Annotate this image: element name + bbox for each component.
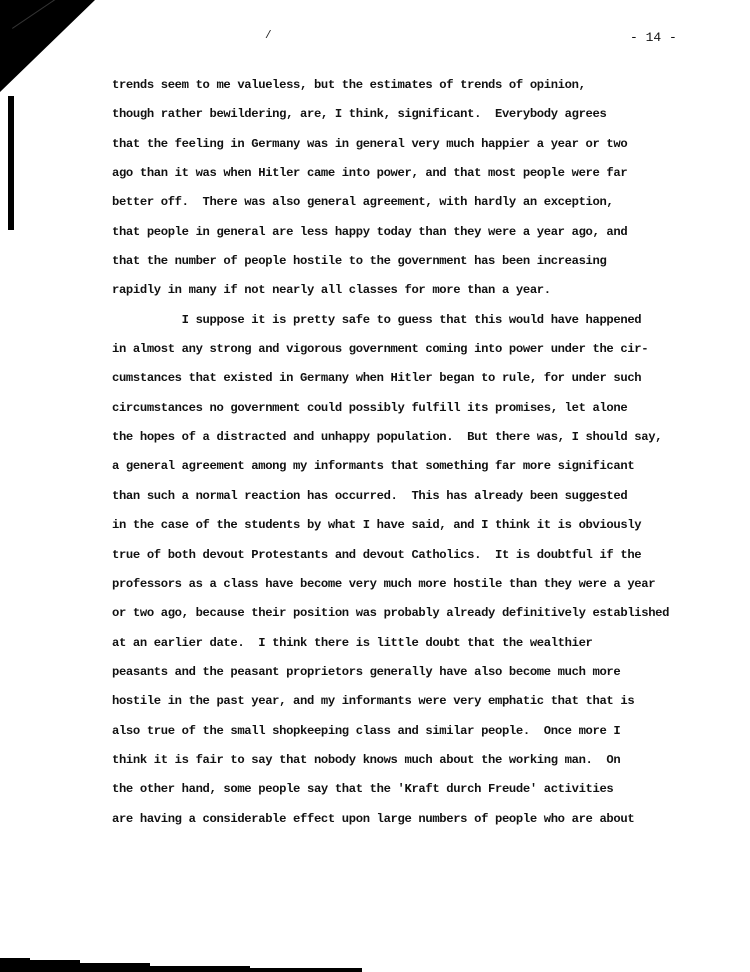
text-line: a general agreement among my informants … xyxy=(112,452,732,481)
text-line: the other hand, some people say that the… xyxy=(112,775,732,804)
scan-left-edge-shadow xyxy=(8,96,14,230)
document-page: / - 14 - trends seem to me valueless, bu… xyxy=(0,0,750,972)
text-line: think it is fair to say that nobody know… xyxy=(112,746,732,775)
text-line: rapidly in many if not nearly all classe… xyxy=(112,276,732,305)
text-line: though rather bewildering, are, I think,… xyxy=(112,100,732,129)
text-line: better off. There was also general agree… xyxy=(112,188,732,217)
text-line: I suppose it is pretty safe to guess tha… xyxy=(112,306,732,335)
page-number: - 14 - xyxy=(630,30,677,45)
stray-mark: / xyxy=(265,30,272,42)
text-line: true of both devout Protestants and devo… xyxy=(112,541,732,570)
text-line: or two ago, because their position was p… xyxy=(112,599,732,628)
body-text: trends seem to me valueless, but the est… xyxy=(112,71,732,834)
text-line: hostile in the past year, and my informa… xyxy=(112,687,732,716)
text-line: that the feeling in Germany was in gener… xyxy=(112,130,732,159)
scan-bottom-edge-shadow xyxy=(0,958,362,972)
text-line: peasants and the peasant proprietors gen… xyxy=(112,658,732,687)
text-line: in the case of the students by what I ha… xyxy=(112,511,732,540)
scan-corner-shadow xyxy=(0,0,95,92)
text-line: that the number of people hostile to the… xyxy=(112,247,732,276)
text-line: the hopes of a distracted and unhappy po… xyxy=(112,423,732,452)
text-line: that people in general are less happy to… xyxy=(112,218,732,247)
text-line: professors as a class have become very m… xyxy=(112,570,732,599)
text-line: ago than it was when Hitler came into po… xyxy=(112,159,732,188)
text-line: than such a normal reaction has occurred… xyxy=(112,482,732,511)
text-line: circumstances no government could possib… xyxy=(112,394,732,423)
text-line: are having a considerable effect upon la… xyxy=(112,805,732,834)
text-line: at an earlier date. I think there is lit… xyxy=(112,629,732,658)
text-line: also true of the small shopkeeping class… xyxy=(112,717,732,746)
text-line: in almost any strong and vigorous govern… xyxy=(112,335,732,364)
text-line: cumstances that existed in Germany when … xyxy=(112,364,732,393)
text-line: trends seem to me valueless, but the est… xyxy=(112,71,732,100)
